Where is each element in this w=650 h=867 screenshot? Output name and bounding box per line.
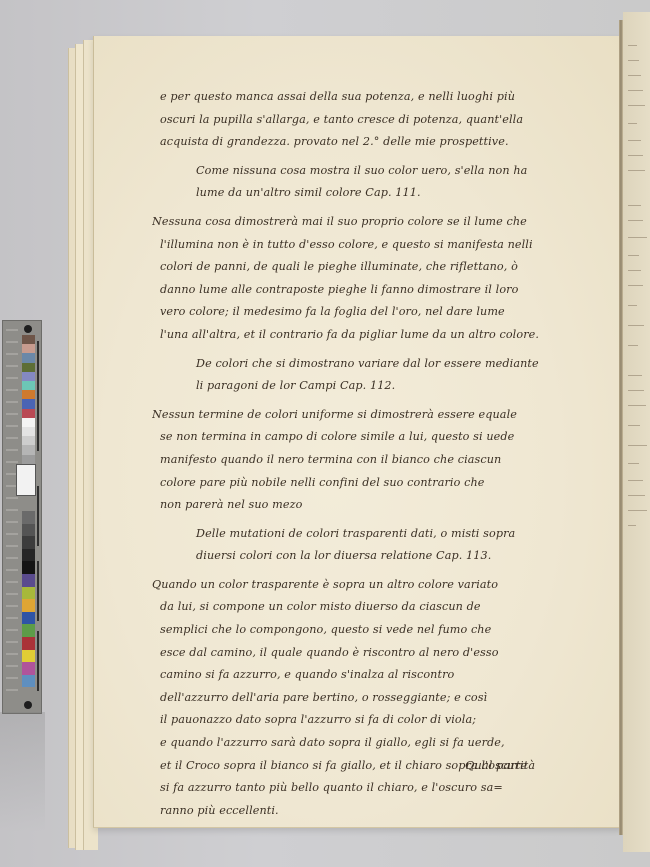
facing-text-stroke (628, 237, 647, 238)
text-line: colori de panni, de quali le pieghe illu… (160, 256, 570, 279)
facing-text-stroke (628, 270, 641, 271)
text-line: e per questo manca assai della sua poten… (160, 86, 570, 109)
text-line: Nessun termine de colori uniforme si dim… (152, 404, 570, 427)
facing-text-stroke (628, 90, 643, 91)
color-swatch (22, 381, 35, 390)
text-line: manifesto quando il nero termina con il … (160, 449, 570, 472)
color-swatch (22, 372, 35, 381)
facing-text-stroke (628, 105, 645, 106)
color-swatch (22, 624, 35, 637)
chapter-heading-line: lume da un'altro simil colore Cap. 111. (160, 182, 570, 205)
color-swatch (22, 335, 35, 344)
facing-text-stroke (628, 155, 643, 156)
facing-text-stroke (628, 305, 637, 306)
facing-text-stroke (628, 345, 638, 346)
mount-hole-icon (24, 701, 32, 709)
facing-text-stroke (628, 375, 642, 376)
color-swatch (22, 662, 35, 675)
text-line: il pauonazzo dato sopra l'azzurro si fa … (160, 709, 570, 732)
scale-bar (37, 341, 39, 451)
text-line: se non termina in campo di colore simile… (160, 426, 570, 449)
facing-text-stroke (628, 60, 639, 61)
facing-text-stroke (628, 140, 641, 141)
text-line: danno lume alle contraposte pieghe li fa… (160, 279, 570, 302)
color-swatch (22, 612, 35, 625)
color-swatch (22, 427, 35, 436)
color-swatch (22, 536, 35, 549)
scale-bar (37, 486, 39, 546)
color-swatch (22, 549, 35, 562)
facing-text-stroke (628, 390, 644, 391)
facing-text-stroke (628, 205, 641, 206)
color-swatch (22, 587, 35, 600)
catchword: Qual parte (465, 758, 527, 772)
facing-text-stroke (628, 123, 637, 124)
chapter-heading-line: diuersi colori con la lor diuersa relati… (160, 545, 570, 568)
color-swatch (22, 561, 35, 574)
color-swatch (22, 445, 35, 454)
text-line: ranno più eccellenti. (160, 800, 570, 823)
chapter-heading-line: Come nissuna cosa mostra il suo color ue… (160, 160, 570, 183)
facing-text-stroke (628, 525, 636, 526)
color-swatch (22, 390, 35, 399)
text-line: semplici che lo compongono, questo si ve… (160, 619, 570, 642)
facing-text-stroke (628, 463, 639, 464)
target-label (16, 464, 36, 496)
facing-text-stroke (628, 45, 637, 46)
facing-text-stroke (628, 510, 647, 511)
facing-text-stroke (628, 445, 647, 446)
facing-text-stroke (628, 405, 646, 406)
facing-text-stroke (628, 425, 640, 426)
text-line: Nessuna cosa dimostrerà mai il suo propr… (152, 211, 570, 234)
text-line: esce dal camino, il quale quando è risco… (160, 642, 570, 665)
color-swatch (22, 637, 35, 650)
facing-text-stroke (628, 325, 644, 326)
facing-text-stroke (628, 75, 641, 76)
facing-text-stroke (628, 285, 643, 286)
manuscript-text: e per questo manca assai della sua poten… (160, 86, 570, 822)
text-line: oscuri la pupilla s'allarga, e tanto cre… (160, 109, 570, 132)
scale-bar (37, 561, 39, 621)
chapter-heading-line: Delle mutationi de colori trasparenti da… (160, 523, 570, 546)
color-swatch (22, 344, 35, 353)
scale-bar (37, 631, 39, 691)
color-swatch (22, 675, 35, 688)
facing-text-stroke (628, 220, 643, 221)
document-viewer: e per questo manca assai della sua poten… (0, 0, 650, 867)
color-swatch (22, 650, 35, 663)
facing-text-stroke (628, 495, 645, 496)
facing-page (623, 12, 650, 852)
facing-text-stroke (628, 255, 639, 256)
color-calibration-target (2, 320, 42, 714)
text-line: l'una all'altra, et il contrario fa da p… (160, 324, 570, 347)
text-line: acquista di grandezza. provato nel 2.° d… (160, 131, 570, 154)
text-line: Quando un color trasparente è sopra un a… (152, 574, 570, 597)
color-swatch (22, 409, 35, 418)
text-line: dell'azzurro dell'aria pare bertino, o r… (160, 687, 570, 710)
text-line: l'illumina non è in tutto d'esso colore,… (160, 234, 570, 257)
color-swatch (22, 599, 35, 612)
text-line: camino si fa azzurro, e quando s'inalza … (160, 664, 570, 687)
facing-text-stroke (628, 170, 645, 171)
text-line: da lui, si compone un color misto diuers… (160, 596, 570, 619)
text-line: vero colore; il medesimo fa la foglia de… (160, 301, 570, 324)
color-swatch (22, 524, 35, 537)
color-swatch (22, 455, 35, 464)
text-line: si fa azzurro tanto più bello quanto il … (160, 777, 570, 800)
color-swatch (22, 353, 35, 362)
color-swatch (22, 511, 35, 524)
facing-text-stroke (628, 480, 643, 481)
chapter-heading-line: li paragoni de lor Campi Cap. 112. (160, 375, 570, 398)
text-line: e quando l'azzurro sarà dato sopra il gi… (160, 732, 570, 755)
text-line: non parerà nel suo mezo (160, 494, 570, 517)
chapter-heading-line: De colori che si dimostrano variare dal … (160, 353, 570, 376)
target-shadow (0, 712, 45, 832)
color-swatch (22, 574, 35, 587)
text-line: colore pare più nobile nelli confini del… (160, 472, 570, 495)
color-swatch (22, 399, 35, 408)
scale-ticks (6, 329, 18, 701)
color-swatch (22, 363, 35, 372)
color-swatch (22, 436, 35, 445)
color-swatch (22, 418, 35, 427)
mount-hole-icon (24, 325, 32, 333)
